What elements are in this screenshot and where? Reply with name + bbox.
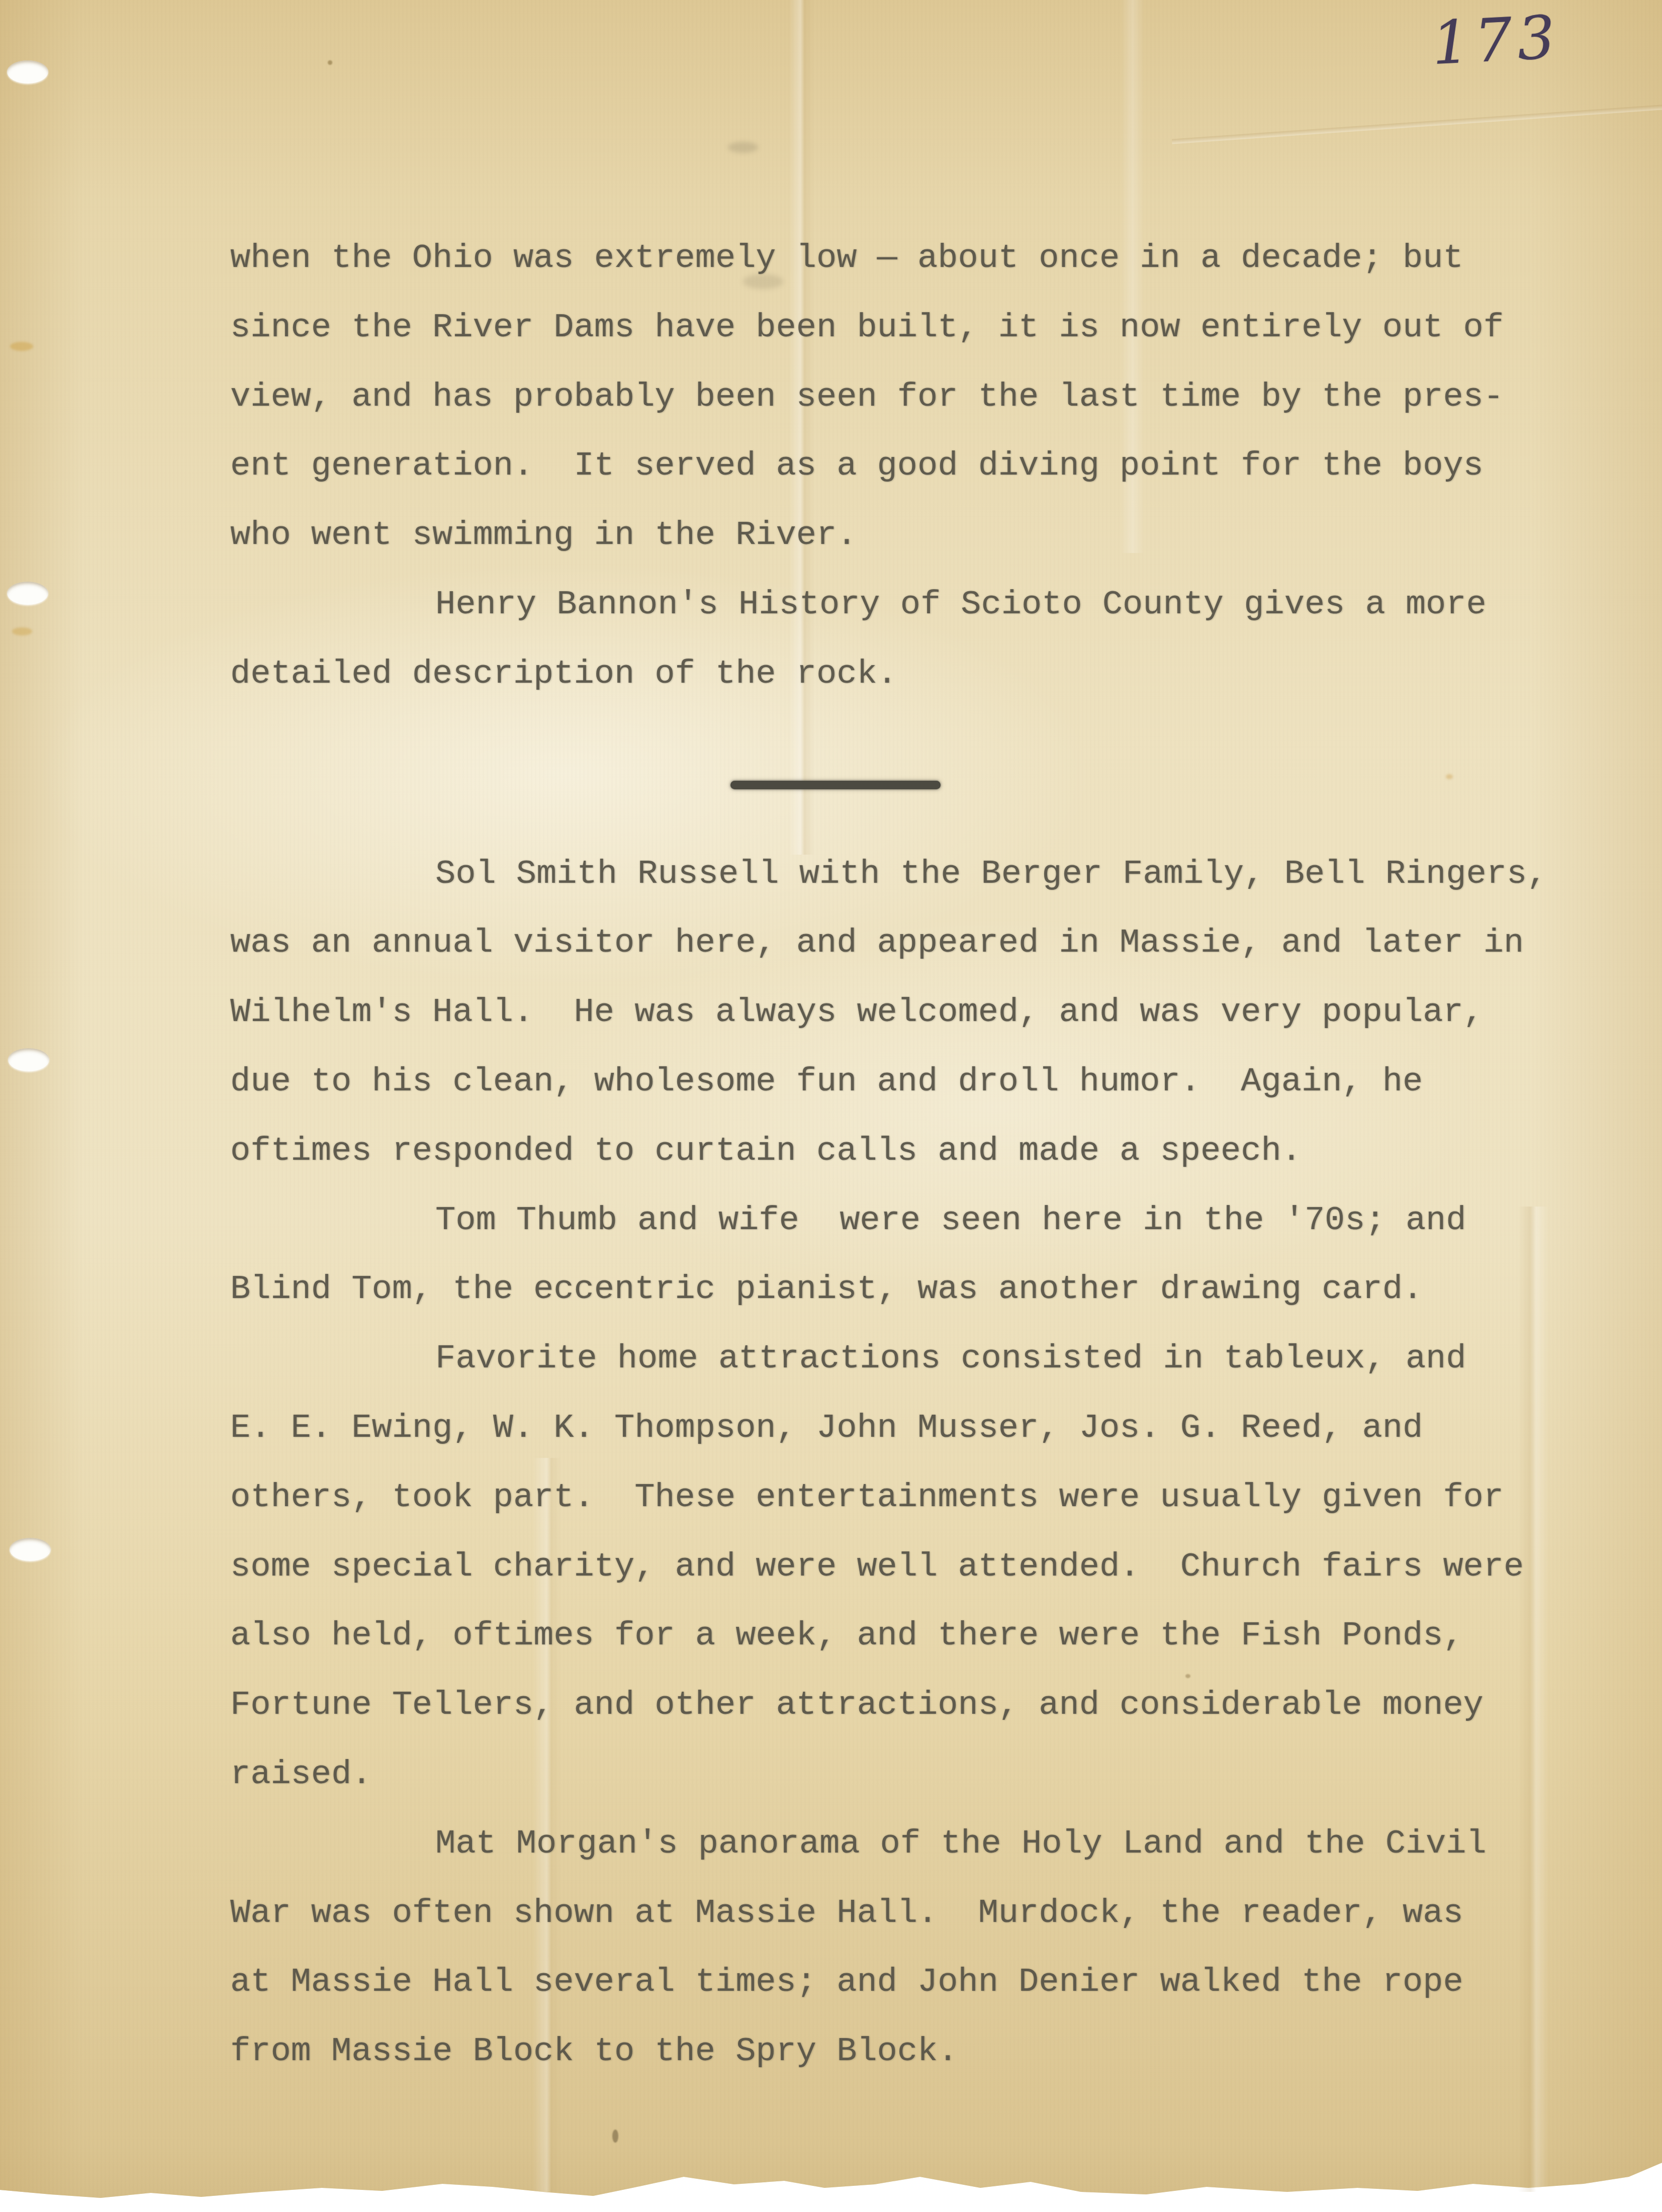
punch-hole bbox=[10, 1538, 51, 1561]
typed-line: who went swimming in the River. bbox=[230, 501, 1537, 571]
typed-line: since the River Dams have been built, it… bbox=[230, 294, 1537, 363]
typed-line: at Massie Hall several times; and John D… bbox=[230, 1948, 1537, 2017]
typed-text: when the Ohio was extremely low — about … bbox=[230, 224, 1537, 2087]
typed-line: due to his clean, wholesome fun and drol… bbox=[230, 1048, 1537, 1117]
typed-line: Favorite home attractions consisted in t… bbox=[230, 1325, 1537, 1394]
typed-line: Mat Morgan's panorama of the Holy Land a… bbox=[230, 1810, 1537, 1879]
punch-hole bbox=[7, 582, 48, 605]
typed-line: Sol Smith Russell with the Berger Family… bbox=[230, 840, 1537, 909]
typed-line: others, took part. These entertainments … bbox=[230, 1463, 1537, 1533]
punch-hole bbox=[8, 1048, 49, 1071]
typed-line: raised. bbox=[230, 1740, 1537, 1810]
punch-hole bbox=[7, 60, 48, 83]
page-number: 173 bbox=[1430, 0, 1615, 78]
scanned-document-page: 173 when the Ohio was extremely low — ab… bbox=[0, 0, 1662, 2212]
typed-line: Fortune Tellers, and other attractions, … bbox=[230, 1671, 1537, 1740]
typed-line: War was often shown at Massie Hall. Murd… bbox=[230, 1879, 1537, 1949]
typed-line: Henry Bannon's History of Scioto County … bbox=[230, 571, 1537, 640]
typed-line: E. E. Ewing, W. K. Thompson, John Musser… bbox=[230, 1394, 1537, 1463]
section-divider-rule bbox=[730, 781, 941, 789]
typed-line: detailed description of the rock. bbox=[230, 640, 1537, 709]
typed-line: ent generation. It served as a good divi… bbox=[230, 432, 1537, 501]
typed-line: was an annual visitor here, and appeared… bbox=[230, 909, 1537, 978]
typed-line: Wilhelm's Hall. He was always welcomed, … bbox=[230, 978, 1537, 1048]
typed-line: also held, oftimes for a week, and there… bbox=[230, 1602, 1537, 1671]
typed-line: some special charity, and were well atte… bbox=[230, 1533, 1537, 1602]
typed-line: view, and has probably been seen for the… bbox=[230, 363, 1537, 432]
typed-line: Blind Tom, the eccentric pianist, was an… bbox=[230, 1255, 1537, 1325]
typed-line: oftimes responded to curtain calls and m… bbox=[230, 1117, 1537, 1186]
typed-line: when the Ohio was extremely low — about … bbox=[230, 224, 1537, 294]
typed-line: Tom Thumb and wife were seen here in the… bbox=[230, 1186, 1537, 1256]
typed-line: from Massie Block to the Spry Block. bbox=[230, 2017, 1537, 2087]
